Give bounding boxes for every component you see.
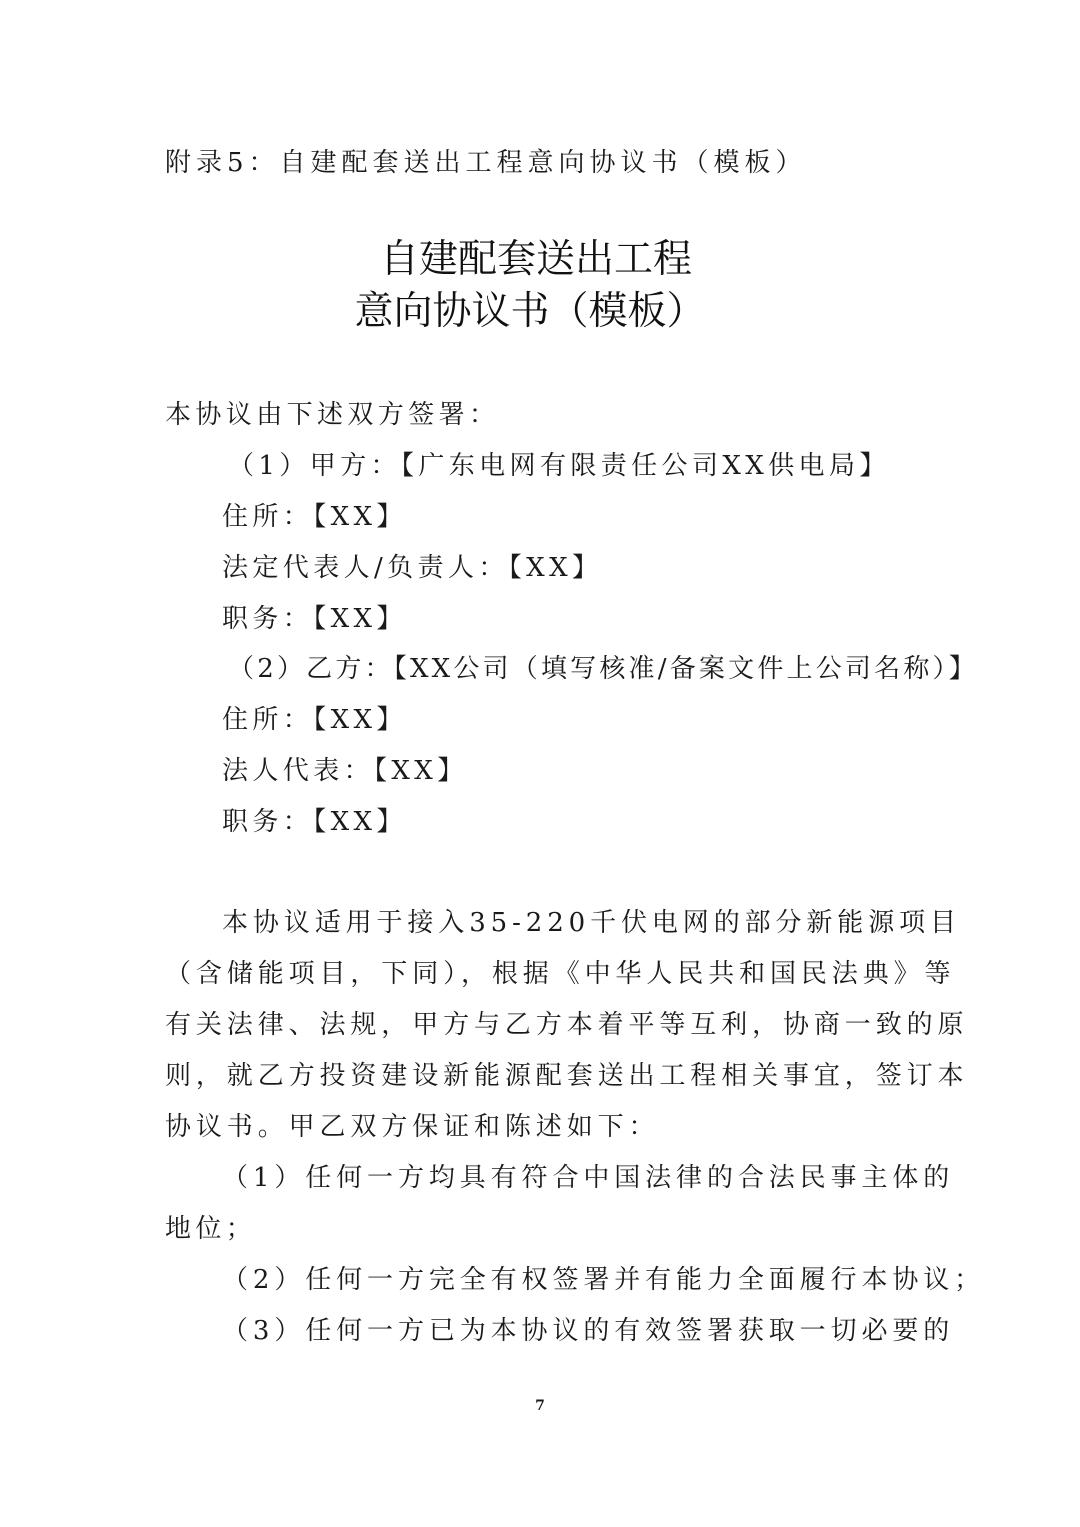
paragraph-line: （含储能项目，下同），根据《中华人民共和国民法典》等 — [165, 957, 917, 991]
party-b-legal-rep: 法人代表：【XX】 — [222, 754, 468, 788]
party-a-label: （1）甲方：【广东电网有限责任公司XX供电局】 — [228, 449, 890, 483]
document-title-line2: 意向协议书（模板） — [0, 288, 1070, 336]
document-page: 附录5：自建配套送出工程意向协议书（模板） 自建配套送出工程 意向协议书（模板）… — [0, 0, 1080, 1527]
warranty-item-1-cont: 地位； — [165, 1212, 256, 1246]
paragraph-line: 本协议适用于接入35-220千伏电网的部分新能源项目 — [222, 906, 917, 940]
paragraph-line: 则，就乙方投资建设新能源配套送出工程相关事宜，签订本 — [165, 1059, 917, 1093]
warranty-item-1: （1）任何一方均具有符合中国法律的合法民事主体的 — [222, 1161, 917, 1195]
party-a-address: 住所：【XX】 — [222, 500, 407, 534]
party-b-label: （2）乙方：【XX公司（填写核准/备案文件上公司名称）】 — [228, 652, 978, 686]
appendix-heading: 附录5：自建配套送出工程意向协议书（模板） — [165, 146, 807, 180]
party-a-position: 职务：【XX】 — [222, 602, 407, 636]
intro-text: 本协议由下述双方签署： — [165, 398, 499, 432]
party-a-legal-rep: 法定代表人/负责人：【XX】 — [222, 551, 602, 585]
warranty-item-3: （3）任何一方已为本协议的有效签署获取一切必要的 — [222, 1314, 917, 1348]
page-number: 7 — [0, 1398, 1080, 1414]
paragraph-line: 有关法律、法规，甲方与乙方本着平等互利，协商一致的原 — [165, 1008, 917, 1042]
document-title-line1: 自建配套送出工程 — [0, 236, 1076, 284]
paragraph-line: 协议书。甲乙双方保证和陈述如下： — [165, 1110, 917, 1144]
warranty-item-2: （2）任何一方完全有权签署并有能力全面履行本协议； — [222, 1263, 917, 1297]
party-b-position: 职务：【XX】 — [222, 805, 407, 839]
party-b-address: 住所：【XX】 — [222, 703, 407, 737]
